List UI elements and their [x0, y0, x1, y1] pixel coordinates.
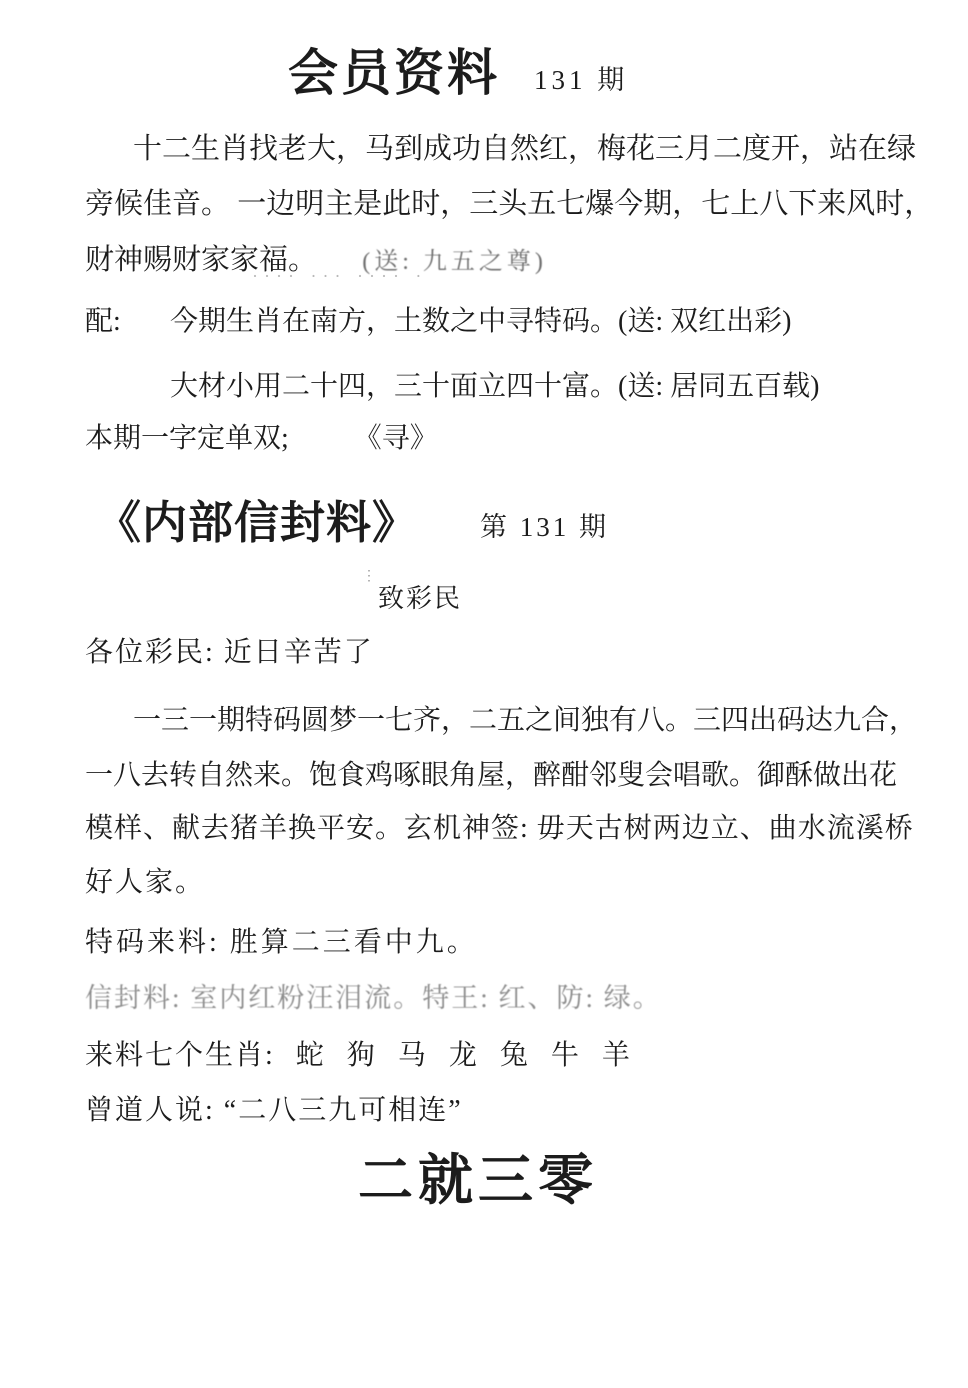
seek-word: 《寻》 [354, 423, 438, 454]
scan-artifact-mark: ⋮ [362, 568, 376, 585]
greeting-line: 各位彩民: 近日辛苦了 [85, 630, 374, 670]
zodiac-animal: 马 [398, 1033, 428, 1073]
scanned-document-page: 会员资料 131 期 十二生肖找老大，马到成功自然红，梅花三月二度开，站在绿 旁… [0, 0, 968, 1388]
issue-number: 131 期 [534, 58, 628, 101]
envelope-tip-faded: 信封料: 室内红粉汪泪流。特王: 红、防: 绿。 [85, 976, 662, 1015]
footer-big-code: 二就三零 [358, 1136, 598, 1215]
page-title: 会员资料 [288, 46, 500, 101]
pei-line-2: 大材小用二十四，三十面立四十富。(送: 居同五百载) [170, 364, 819, 404]
letter-body-line-2: 一八去转自然来。饱食鸡啄眼角屋，醉酣邻叟会唱歌。御酥做出花 [85, 753, 897, 793]
scan-artifact-dots: ···· ··· ···· · [252, 266, 427, 287]
zodiac-animal: 狗 [347, 1033, 377, 1073]
zodiac-animal: 蛇 [296, 1033, 326, 1073]
special-code-tip: 特码来料: 胜算二三看中九。 [85, 920, 478, 960]
zodiac-animal: 兔 [500, 1033, 530, 1073]
letter-body-line-3: 模样、献去猪羊换平安。玄机神签: 毋天古树两边立、曲水流溪桥 [85, 806, 914, 846]
zodiac-tip-line: 来料七个生肖:蛇狗马龙兔牛羊 [85, 1033, 632, 1073]
zodiac-label: 来料七个生肖: [85, 1040, 275, 1071]
document-header: 会员资料 131 期 [288, 46, 628, 101]
pei-label: 配: [85, 299, 121, 339]
intro-line-2: 旁候佳音。 一边明主是此时，三头五七爆今期，七上八下来风时， [85, 181, 933, 222]
to-lottery-players-subtitle: 致彩民 [378, 578, 462, 615]
inner-envelope-issue: 第 131 期 [480, 505, 609, 550]
intro-line-1: 十二生肖找老大，马到成功自然红，梅花三月二度开，站在绿 [133, 126, 916, 167]
zengdaoren-quote: 曾道人说: “二八三九可相连” [85, 1088, 463, 1128]
inner-envelope-header: 《内部信封料》 第 131 期 [96, 498, 609, 550]
letter-body-line-4: 好人家。 [85, 860, 205, 900]
single-double-text: 本期一字定单双; [85, 423, 289, 454]
zodiac-animal: 龙 [449, 1033, 479, 1073]
letter-body-line-1: 一三一期特码圆梦一七齐，二五之间独有八。三四出码达九合， [133, 698, 917, 738]
zodiac-animal: 牛 [551, 1033, 581, 1073]
pei-line-1: 今期生肖在南方，土数之中寻特码。(送: 双红出彩) [170, 299, 791, 339]
single-double-line: 本期一字定单双; 《寻》 [85, 416, 438, 456]
inner-envelope-title: 《内部信封料》 [96, 498, 418, 550]
zodiac-animal: 羊 [602, 1033, 632, 1073]
